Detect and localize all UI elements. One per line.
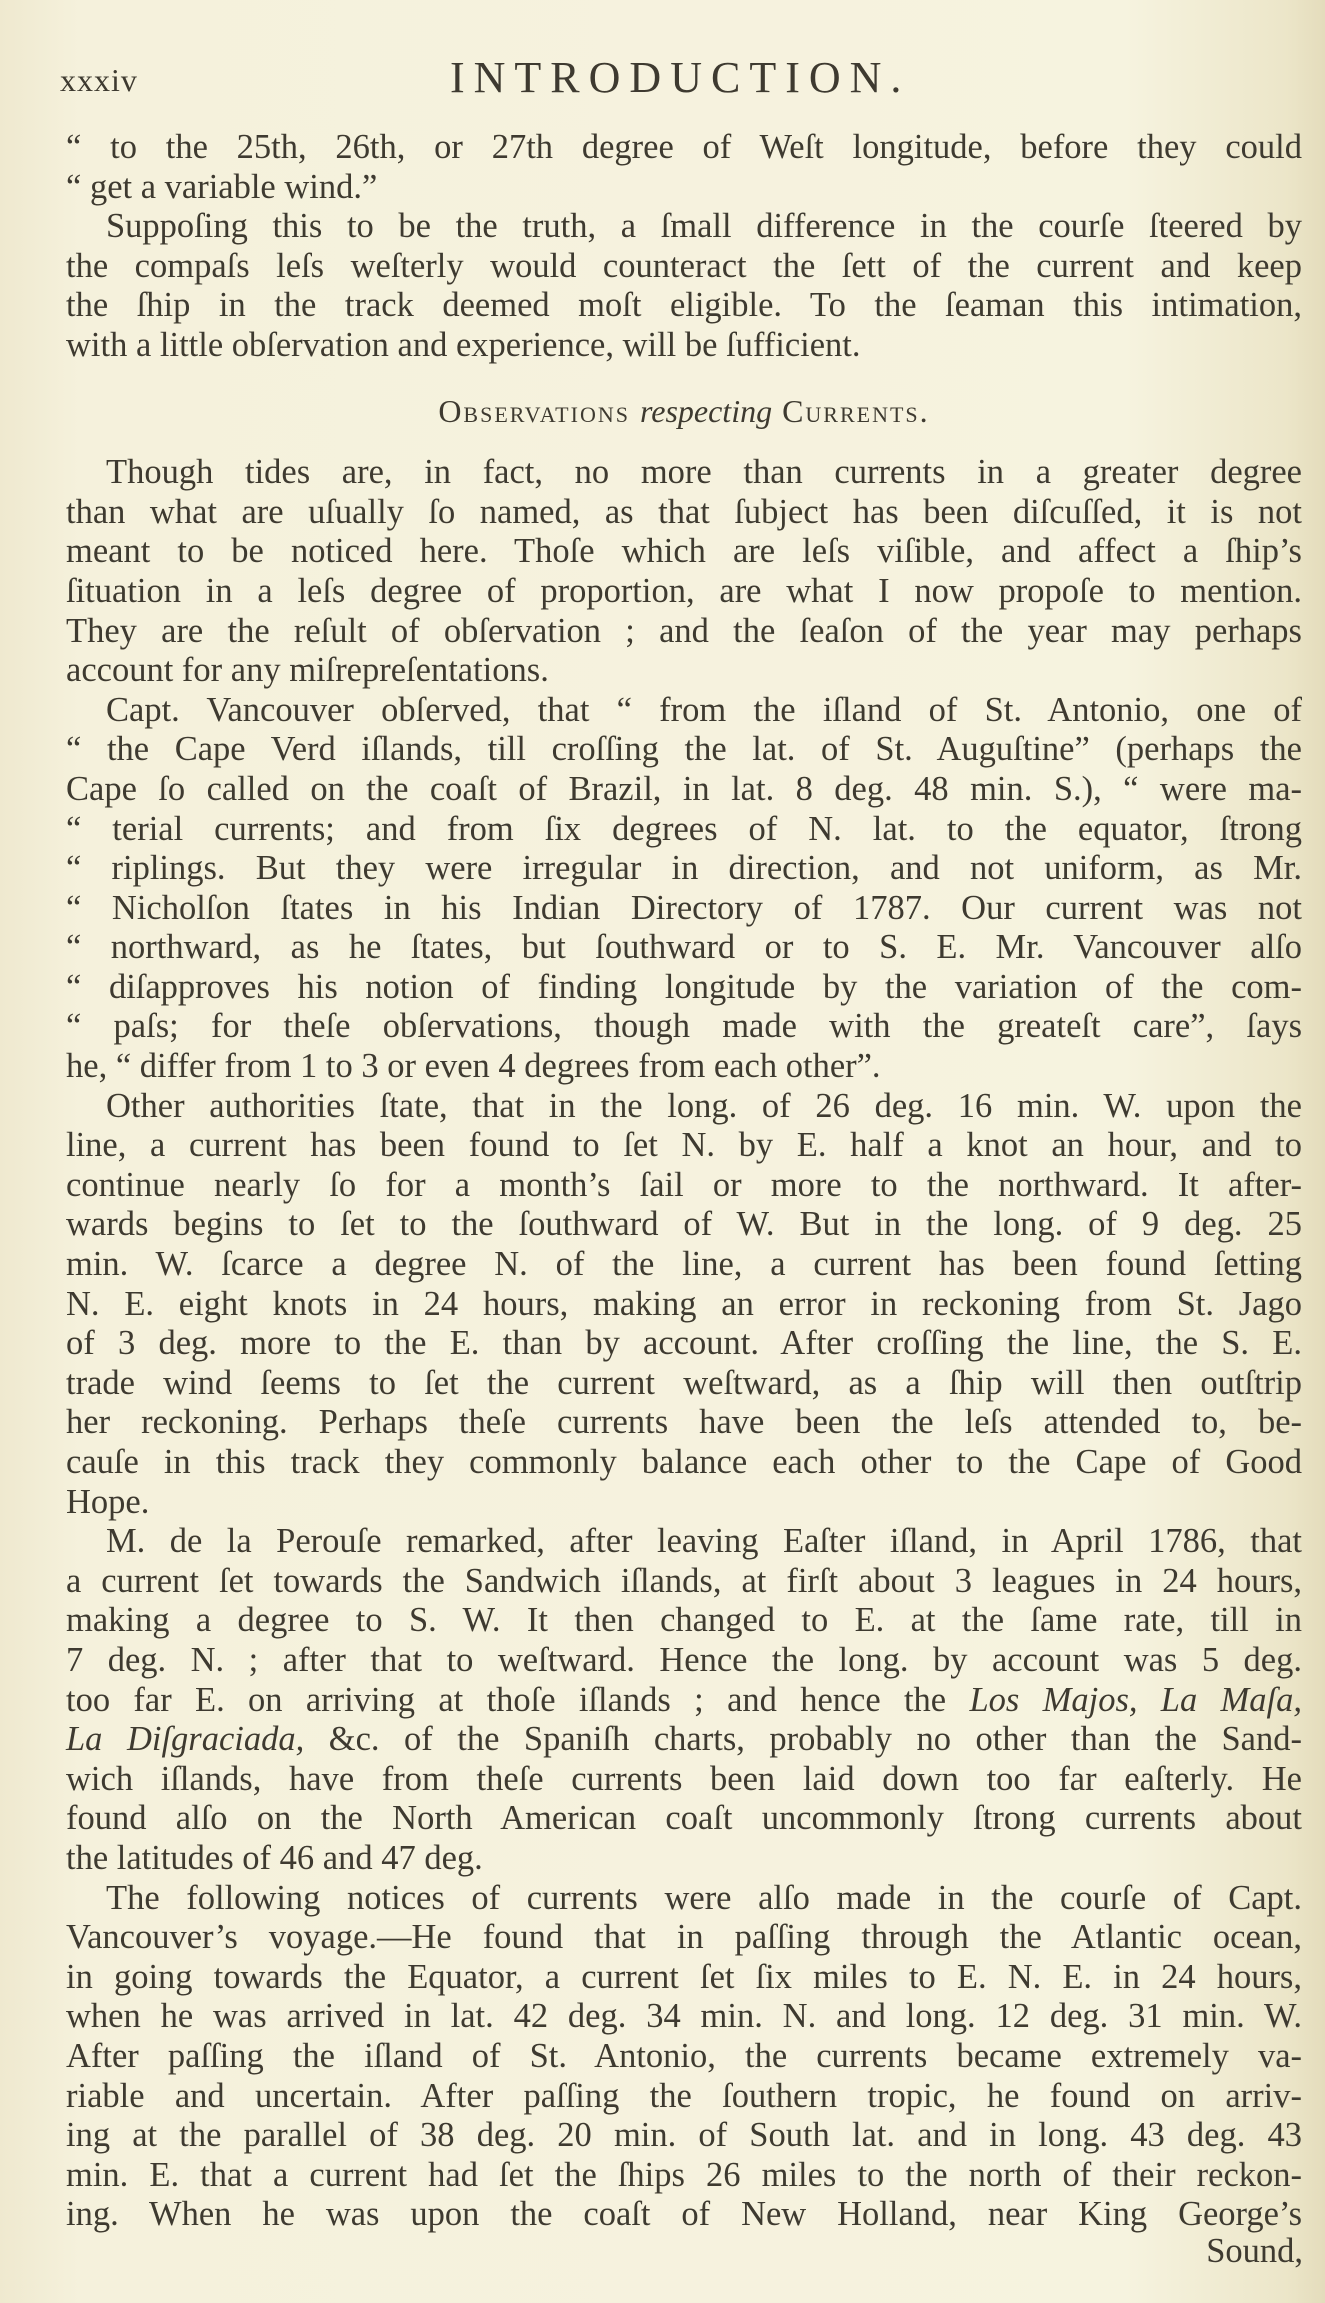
text-line: the latitudes of 46 and 47 deg.: [66, 1839, 1302, 1879]
text-line: trade wind ſeems to ſet the current weſt…: [66, 1364, 1302, 1404]
paragraph-start: Capt. Vancouver obſerved, that “ from th…: [66, 691, 1302, 731]
paragraph-start: Other authorities ſtate, that in the lon…: [66, 1087, 1302, 1127]
paragraph-start: M. de la Perouſe remarked, after leaving…: [66, 1522, 1302, 1562]
text-line: too far E. on arriving at thoſe iſlands …: [66, 1681, 1302, 1721]
text-line: continue nearly ſo for a month’s ſail or…: [66, 1166, 1302, 1206]
page-number: xxxiv: [60, 62, 138, 99]
text-line: “ the Cape Verd iſlands, till croſſing t…: [66, 730, 1302, 770]
text-line: of 3 deg. more to the E. than by account…: [66, 1324, 1302, 1364]
heading-part: Currents.: [782, 393, 930, 429]
text-line: a current ſet towards the Sandwich iſlan…: [66, 1562, 1302, 1602]
text-line: making a degree to S. W. It then changed…: [66, 1601, 1302, 1641]
text-line: “ diſapproves his notion of finding long…: [66, 968, 1302, 1008]
text-line: ſituation in a leſs degree of proportion…: [66, 572, 1302, 612]
text-line: After paſſing the iſland of St. Antonio,…: [66, 2037, 1302, 2077]
body-text: “ to the 25th, 26th, or 27th degree of W…: [66, 128, 1302, 2235]
text-line: N. E. eight knots in 24 hours, making an…: [66, 1285, 1302, 1325]
paragraph-start: The following notices of currents were a…: [66, 1879, 1302, 1919]
heading-part: Observations: [438, 393, 630, 429]
text-line: “ northward, as he ſtates, but ſouthward…: [66, 928, 1302, 968]
text-line: ing at the parallel of 38 deg. 20 min. o…: [66, 2116, 1302, 2156]
text-segment: of the Spaniſh charts, probably no other…: [404, 1720, 1302, 1758]
book-page: xxxiv INTRODUCTION. “ to the 25th, 26th,…: [0, 0, 1325, 2303]
text-line: the ſhip in the track deemed moſt eligib…: [66, 286, 1302, 326]
text-line: Hope.: [66, 1483, 1302, 1523]
section-heading: Observations respecting Currents.: [66, 392, 1302, 432]
text-line: Vancouver’s voyage.—He found that in paſ…: [66, 1918, 1302, 1958]
text-line: line, a current has been found to ſet N.…: [66, 1126, 1302, 1166]
text-line: La Diſgraciada, &c. of the Spaniſh chart…: [66, 1720, 1302, 1760]
text-line: “ riplings. But they were irregular in d…: [66, 849, 1302, 889]
paragraph-start: Suppoſing this to be the truth, a ſmall …: [66, 207, 1302, 247]
text-line: min. E. that a current had ſet the ſhips…: [66, 2156, 1302, 2196]
catchword: Sound,: [1206, 2232, 1303, 2271]
text-line: ing. When he was upon the coaſt of New H…: [66, 2195, 1302, 2235]
text-segment: &c.: [304, 1720, 404, 1758]
italic-place-names: Los Majos, La Maſa,: [969, 1681, 1302, 1719]
text-line: wards begins to ſet to the ſouthward of …: [66, 1205, 1302, 1245]
text-line: meant to be noticed here. Thoſe which ar…: [66, 532, 1302, 572]
text-line: found alſo on the North American coaſt u…: [66, 1799, 1302, 1839]
text-line: riable and uncertain. After paſſing the …: [66, 2077, 1302, 2117]
text-line: min. W. ſcarce a degree N. of the line, …: [66, 1245, 1302, 1285]
text-line: “ paſs; for theſe obſervations, though m…: [66, 1007, 1302, 1047]
italic-place-name: La Diſgraciada,: [66, 1720, 304, 1758]
text-line: Cape ſo called on the coaſt of Brazil, i…: [66, 770, 1302, 810]
text-line: in going towards the Equator, a current …: [66, 1958, 1302, 1998]
text-line: the compaſs leſs weſterly would countera…: [66, 247, 1302, 287]
page-header: xxxiv INTRODUCTION.: [60, 52, 1310, 112]
text-line: “ get a variable wind.”: [66, 168, 1302, 208]
text-line: They are the reſult of obſervation ; and…: [66, 612, 1302, 652]
text-line: her reckoning. Perhaps theſe currents ha…: [66, 1403, 1302, 1443]
heading-part-italic: respecting: [640, 393, 772, 429]
text-line: with a little obſervation and experience…: [66, 326, 1302, 366]
text-segment: too far E. on arriving at thoſe iſlands …: [66, 1681, 946, 1719]
text-line: he, “ differ from 1 to 3 or even 4 degre…: [66, 1047, 1302, 1087]
text-line: 7 deg. N. ; after that to weſtward. Henc…: [66, 1641, 1302, 1681]
text-line: than what are uſually ſo named, as that …: [66, 493, 1302, 533]
text-line: account for any miſrepreſentations.: [66, 651, 1302, 691]
text-line: wich iſlands, have from theſe currents b…: [66, 1760, 1302, 1800]
text-line: “ terial currents; and from ſix degrees …: [66, 810, 1302, 850]
text-line: “ to the 25th, 26th, or 27th degree of W…: [66, 128, 1302, 168]
text-line: “ Nicholſon ſtates in his Indian Directo…: [66, 889, 1302, 929]
running-title: INTRODUCTION.: [450, 52, 910, 103]
paragraph-start: Though tides are, in fact, no more than …: [66, 453, 1302, 493]
text-line: cauſe in this track they commonly balanc…: [66, 1443, 1302, 1483]
text-line: when he was arrived in lat. 42 deg. 34 m…: [66, 1997, 1302, 2037]
